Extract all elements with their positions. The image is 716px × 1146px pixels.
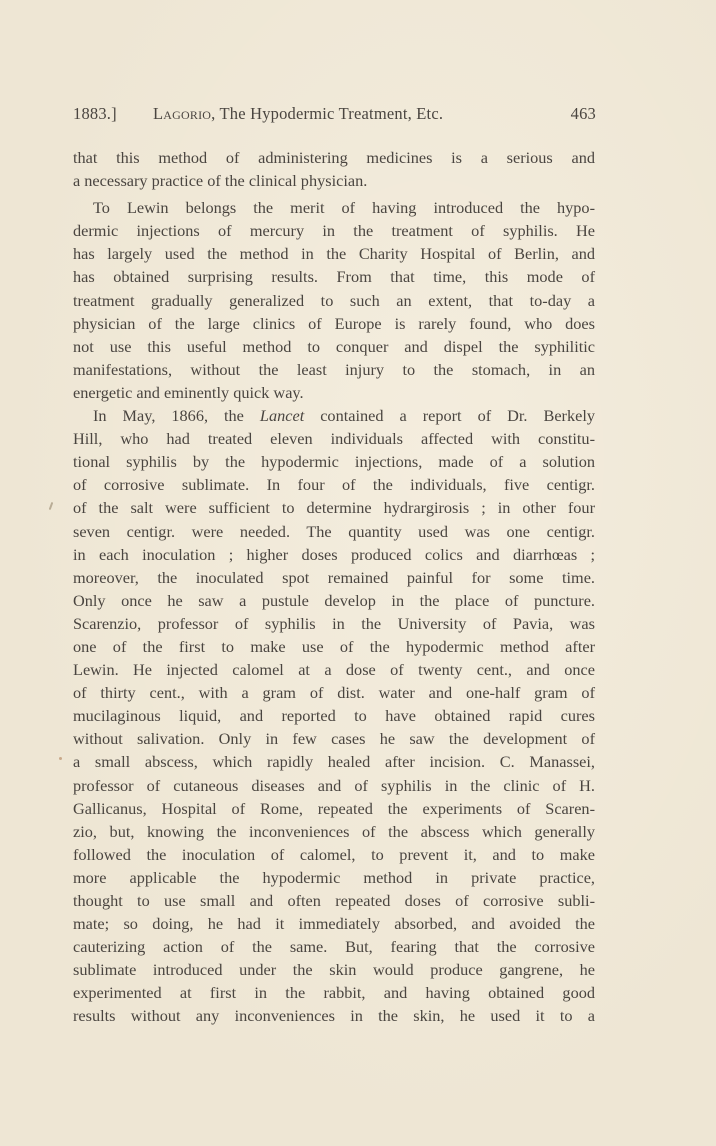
text-line: that this method of administering medici…: [73, 146, 595, 169]
text-line: manifestations, without the least injury…: [73, 358, 595, 381]
text-line: thought to use small and often repeated …: [73, 889, 595, 912]
running-head-author: Lagorio: [153, 104, 211, 123]
text-line: Scarenzio, professor of syphilis in the …: [73, 612, 595, 635]
scan-speck: [59, 757, 62, 760]
text-line: energetic and eminently quick way.: [73, 381, 595, 404]
text-line: seven centigr. were needed. The quantity…: [73, 520, 595, 543]
text-line: cauterizing action of the same. But, fea…: [73, 935, 595, 958]
text-line: dermic injections of mercury in the trea…: [73, 219, 595, 242]
text-line: mate; so doing, he had it immediately ab…: [73, 912, 595, 935]
paragraph-3: In May, 1866, the Lancet contained a rep…: [73, 404, 595, 1028]
text-line: moreover, the inoculated spot remained p…: [73, 566, 595, 589]
text-line: Gallicanus, Hospital of Rome, repeated t…: [73, 797, 595, 820]
text-line: tional syphilis by the hypodermic inject…: [73, 450, 595, 473]
scanned-page: 1883.] Lagorio, The Hypodermic Treatment…: [0, 0, 716, 1146]
text-line: experimented at first in the rabbit, and…: [73, 981, 595, 1004]
text-line: physician of the large clinics of Europe…: [73, 312, 595, 335]
running-head-year: 1883.]: [73, 104, 117, 124]
text-line: results without any inconveniences in th…: [73, 1004, 595, 1027]
text-line: of thirty cent., with a gram of dist. wa…: [73, 681, 595, 704]
journal-title-italic: Lancet: [260, 406, 304, 425]
text-line: without salivation. Only in few cases he…: [73, 727, 595, 750]
text-line-with-italic: In May, 1866, the Lancet contained a rep…: [73, 404, 595, 427]
text-line: zio, but, knowing the inconveniences of …: [73, 820, 595, 843]
text-segment: contained a report of Dr. Berkely: [304, 406, 595, 425]
text-line: followed the inoculation of calomel, to …: [73, 843, 595, 866]
text-line: professor of cutaneous diseases and of s…: [73, 774, 595, 797]
running-head-title-text: , The Hypodermic Treatment, Etc.: [211, 104, 443, 123]
body-text: that this method of administering medici…: [73, 146, 595, 1028]
text-line: of corrosive sublimate. In four of the i…: [73, 473, 595, 496]
text-line: of the salt were sufficient to determine…: [73, 496, 595, 519]
text-line: a necessary practice of the clinical phy…: [73, 169, 595, 192]
text-line: Hill, who had treated eleven individuals…: [73, 427, 595, 450]
text-line: one of the first to make use of the hypo…: [73, 635, 595, 658]
text-line: in each inoculation ; higher doses produ…: [73, 543, 595, 566]
text-segment: In May, 1866, the: [93, 406, 260, 425]
paragraph-1: that this method of administering medici…: [73, 146, 595, 192]
scan-speck: [49, 502, 54, 510]
text-line: a small abscess, which rapidly healed af…: [73, 750, 595, 773]
text-line: treatment gradually generalized to such …: [73, 289, 595, 312]
text-line: not use this useful method to conquer an…: [73, 335, 595, 358]
text-line: sublimate introduced under the skin woul…: [73, 958, 595, 981]
text-line: mucilaginous liquid, and reported to hav…: [73, 704, 595, 727]
text-line: Only once he saw a pustule develop in th…: [73, 589, 595, 612]
text-line: To Lewin belongs the merit of having int…: [73, 196, 595, 219]
text-line: has obtained surprising results. From th…: [73, 265, 595, 288]
text-line: Lewin. He injected calomel at a dose of …: [73, 658, 595, 681]
paragraph-2: To Lewin belongs the merit of having int…: [73, 196, 595, 404]
running-head: 1883.] Lagorio, The Hypodermic Treatment…: [73, 104, 596, 126]
page-number: 463: [571, 104, 596, 124]
running-head-title: Lagorio, The Hypodermic Treatment, Etc.: [153, 104, 443, 124]
text-line: more applicable the hypodermic method in…: [73, 866, 595, 889]
text-line: has largely used the method in the Chari…: [73, 242, 595, 265]
